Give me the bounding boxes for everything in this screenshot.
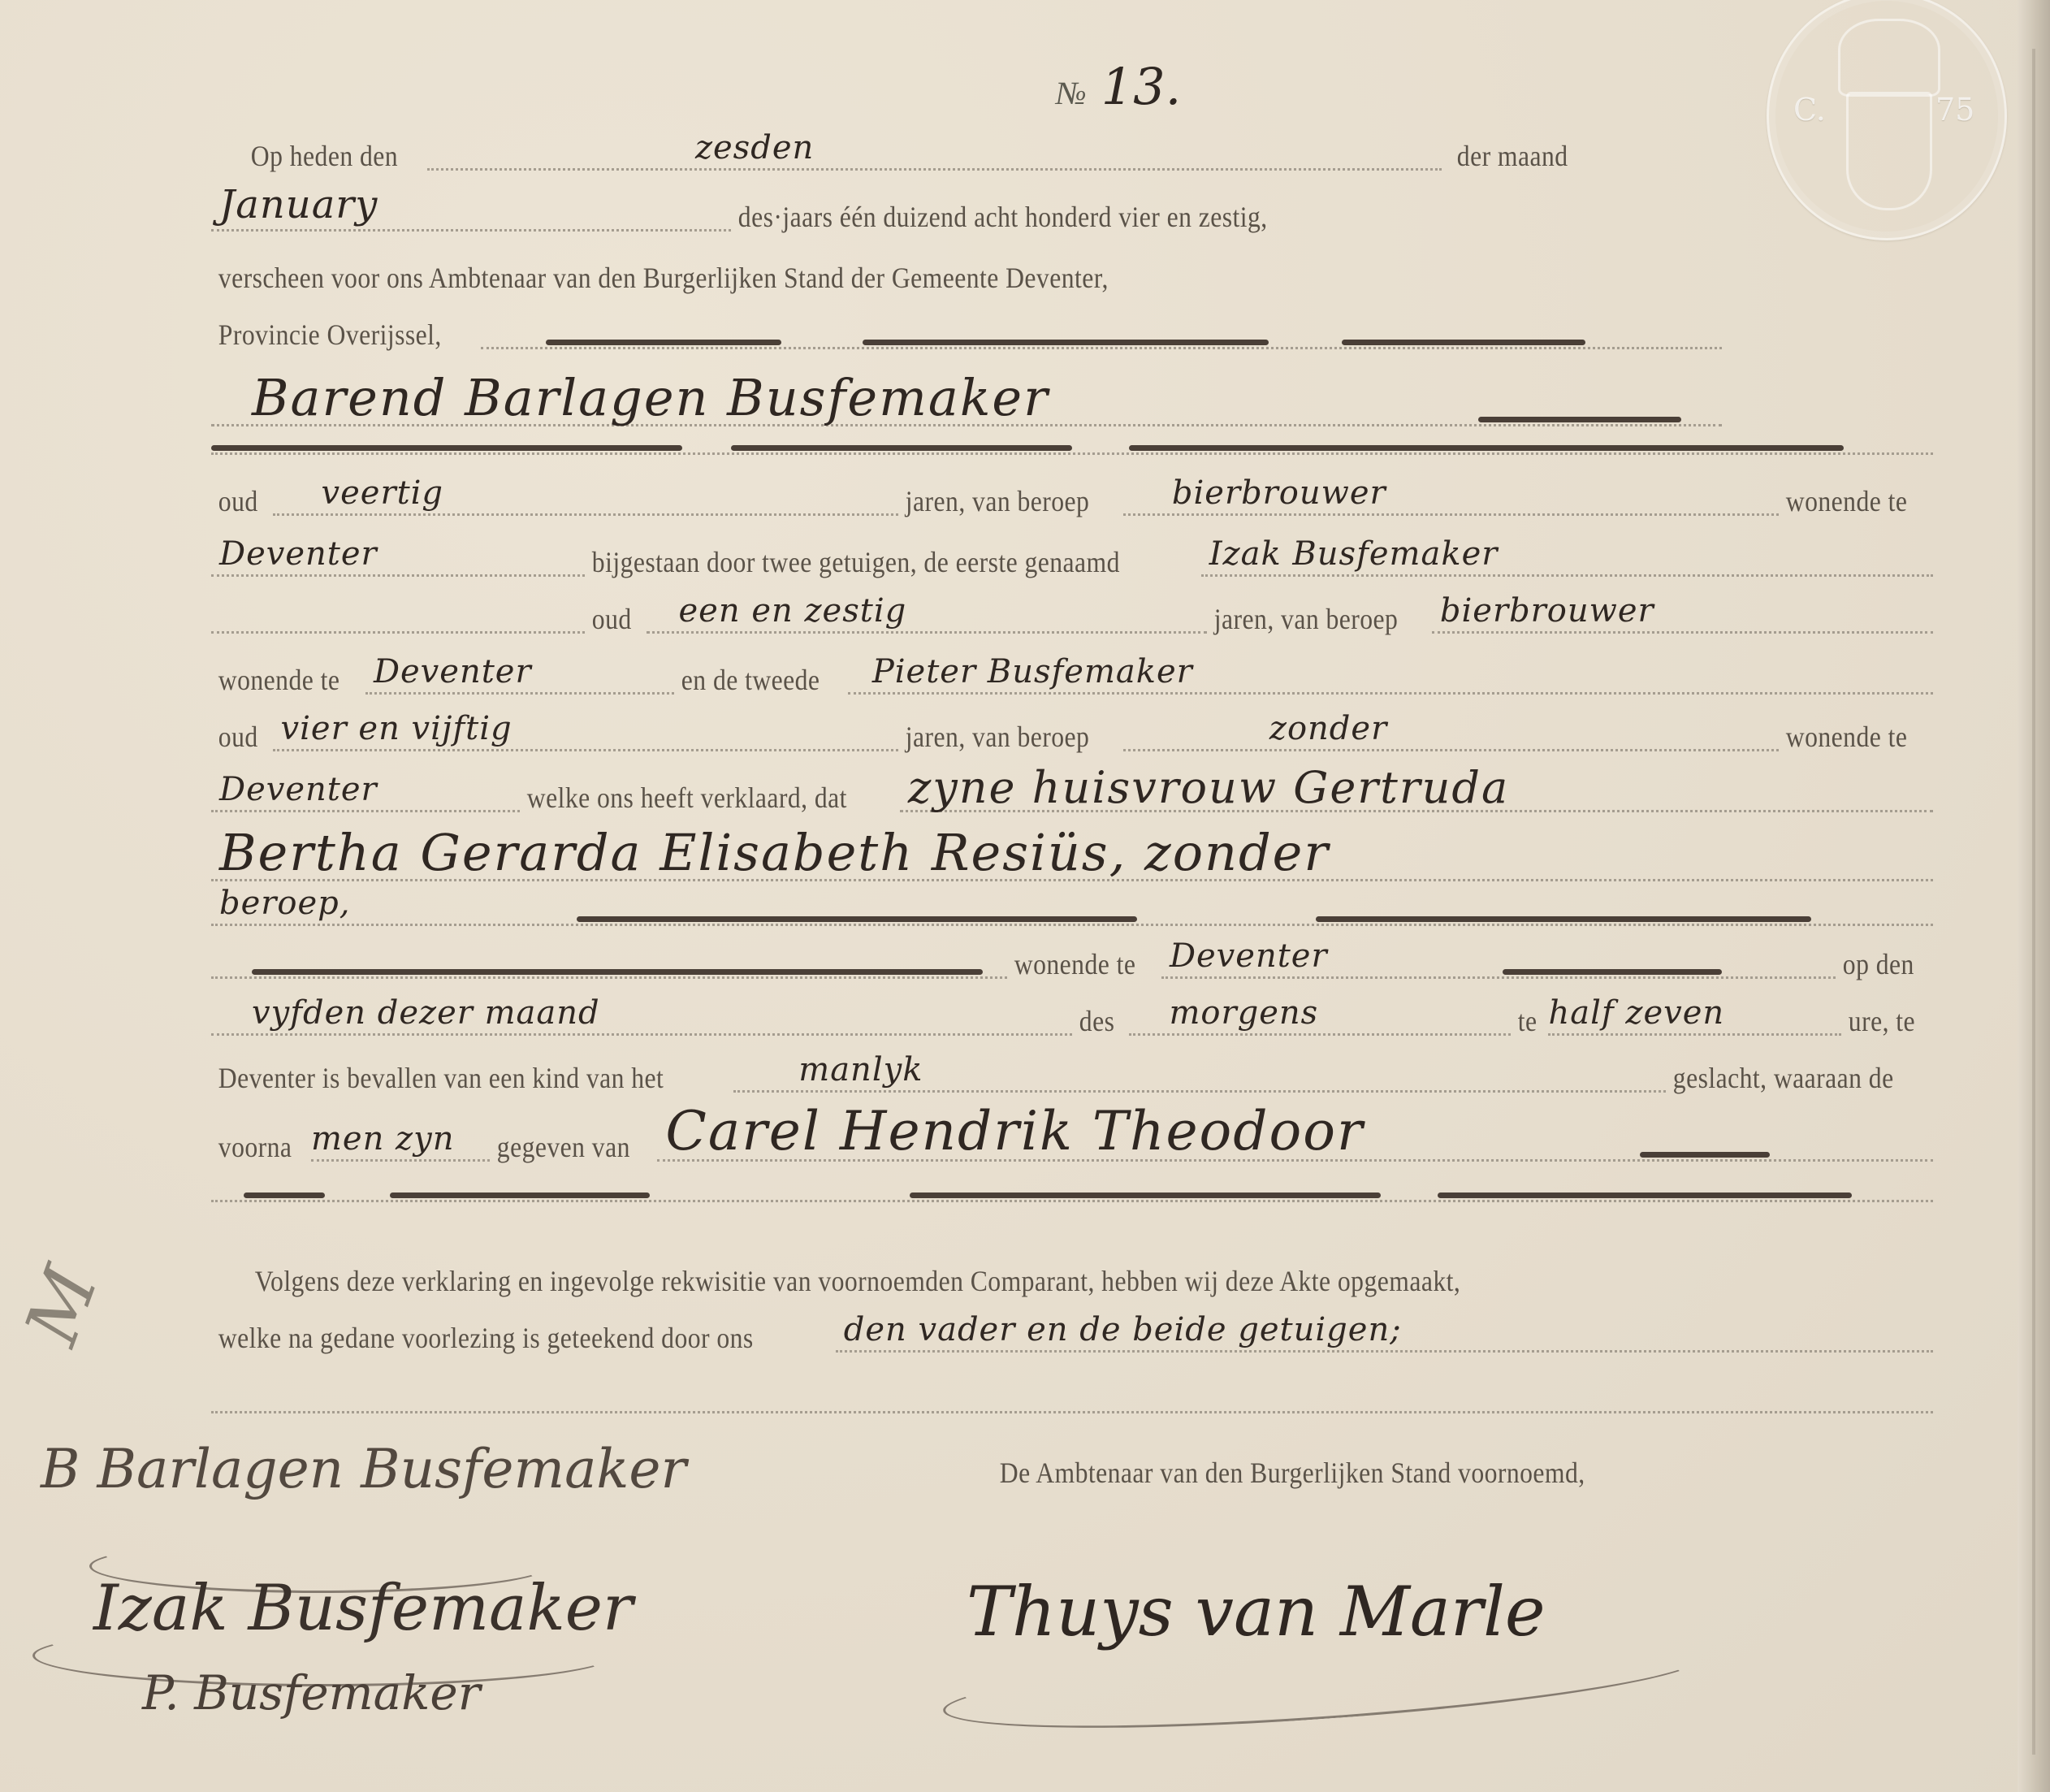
printed-text: Deventer is bevallen van een kind van he… (211, 1063, 671, 1093)
strike-dash (244, 1193, 325, 1198)
strike-dash (252, 969, 983, 975)
signature-official: Thuys van Marle (967, 1572, 1546, 1651)
line-witness1-age: oud een en zestig jaren, van beroep bier… (211, 585, 1933, 634)
printed-text: des·jaars één duizend acht honderd vier … (731, 202, 1274, 232)
signature-father: B Barlagen Busfemaker (41, 1438, 686, 1500)
field-hour: half zeven (1548, 991, 1840, 1036)
strike-dash (390, 1193, 650, 1198)
printed-text: ure, te (1841, 1006, 1922, 1036)
line-blank (211, 1154, 1933, 1202)
strike-dash (211, 445, 682, 451)
line-witness2-age: oud vier en vijftig jaren, van beroep zo… (211, 703, 1933, 751)
line-date-month-year: January des·jaars één duizend acht honde… (211, 183, 1559, 232)
printed-text: wonende te (1007, 950, 1143, 979)
field-day: zesden (427, 126, 1442, 171)
printed-text: oud (211, 722, 265, 751)
closing-line-1: Volgens deze verklaring en ingevolge rek… (248, 1247, 1970, 1296)
closing-line-2: welke na gedane voorlezing is geteekend … (211, 1304, 1933, 1353)
field-blank (211, 934, 1007, 979)
handwritten-mother-residence: Deventer (1170, 937, 1328, 975)
line-birth-sex: Deventer is bevallen van een kind van he… (211, 1044, 1933, 1093)
handwritten-mother-occupation: beroep, (219, 885, 350, 922)
printed-text: geslacht, waaraan de (1666, 1063, 1901, 1093)
printed-text: jaren, van beroep (1207, 604, 1405, 634)
printed-text: bijgestaan door twee getuigen, de eerste… (585, 548, 1127, 577)
field-birth-day: vyfden dezer maand (211, 991, 1072, 1036)
handwritten-witness1-age: een en zestig (679, 592, 907, 630)
field-father-residence: Deventer (211, 532, 585, 577)
printed-text: wonende te (1779, 722, 1914, 751)
strike-dash (863, 340, 1269, 345)
handwritten-father-age: veertig (322, 474, 444, 512)
line-blank (211, 1365, 1933, 1413)
line-province: Provincie Overijssel, (211, 301, 1722, 349)
line-second-witness: wonende te Deventer en de tweede Pieter … (211, 646, 1933, 695)
printed-text: Op heden den (244, 141, 405, 171)
strike-dash (910, 1193, 1381, 1198)
seal-right-text: 75 (1935, 92, 1974, 128)
crown-icon (1838, 19, 1940, 97)
handwritten-witness1-residence: Deventer (374, 653, 532, 690)
line-blank (211, 406, 1933, 455)
handwritten-hour: half zeven (1548, 994, 1724, 1032)
handwritten-father-residence: Deventer (219, 535, 378, 573)
strike-dash (731, 445, 1072, 451)
printed-text: te (1511, 1006, 1544, 1036)
handwritten-child-sex: manlyk (798, 1051, 923, 1089)
handwritten-father-occupation: bierbrouwer (1172, 474, 1386, 512)
number-sign: № (1056, 74, 1087, 112)
handwritten-witness1-name: Izak Busfemaker (1209, 535, 1499, 573)
field-witness2-name: Pieter Busfemaker (848, 650, 1933, 695)
printed-text: oud (211, 487, 265, 516)
printed-text: wonende te (211, 665, 347, 695)
strike-dash (1316, 916, 1811, 922)
field-father-age: veertig (273, 471, 898, 516)
line-date-day: Op heden den zesden der maand (244, 122, 1592, 171)
handwritten-daypart: morgens (1170, 994, 1319, 1032)
line-father-age: oud veertig jaren, van beroep bierbrouwe… (211, 467, 1933, 516)
field-mother-residence: Deventer (1161, 934, 1836, 979)
field-blank (481, 305, 1722, 349)
printed-text: oud (585, 604, 638, 634)
handwritten-mother-intro: zyne huisvrouw Gertruda (908, 762, 1509, 813)
line-residence: wonende te Deventer op den (211, 930, 1933, 979)
handwritten-birth-day: vyfden dezer maand (252, 994, 600, 1032)
line-mother-occupation: beroep, (211, 877, 1933, 926)
printed-text: verscheen voor ons Ambtenaar van den Bur… (211, 263, 1116, 292)
line-first-witness: Deventer bijgestaan door twee getuigen, … (211, 528, 1933, 577)
seal-left-text: C. (1793, 92, 1826, 128)
field-witness2-age: vier en vijftig (273, 707, 898, 751)
record-number-value: 13. (1101, 57, 1182, 116)
handwritten-witness2-occupation: zonder (1269, 710, 1387, 747)
handwritten-name-suffix: men zyn (311, 1120, 455, 1158)
printed-text: Volgens deze verklaring en ingevolge rek… (248, 1266, 1468, 1296)
handwritten-month: January (219, 182, 378, 227)
printed-text: der maand (1450, 141, 1575, 171)
printed-text: jaren, van beroep (898, 722, 1096, 751)
book-binding (2018, 0, 2050, 1792)
signature-witness2: P. Busfemaker (142, 1665, 480, 1721)
field-child-name: Carel Hendrik Theodoor (657, 1098, 1933, 1162)
field-witness1-occupation: bierbrouwer (1432, 589, 1933, 634)
field-blank (211, 1158, 1933, 1202)
field-child-sex: manlyk (733, 1048, 1666, 1093)
field-mother-occupation: beroep, (211, 881, 1933, 926)
official-label: De Ambtenaar van den Burgerlijken Stand … (993, 1458, 1592, 1487)
field-witness2-occupation: zonder (1123, 707, 1779, 751)
strike-dash (546, 340, 781, 345)
field-daypart: morgens (1129, 991, 1511, 1036)
shield-icon (1846, 92, 1932, 210)
field-blank (211, 589, 585, 634)
strike-dash (1438, 1193, 1852, 1198)
binding-edge (2032, 49, 2035, 1755)
field-blank (211, 410, 1933, 455)
field-mother-intro: zyne huisvrouw Gertruda (900, 768, 1933, 812)
line-birth-time: vyfden dezer maand des morgens te half z… (211, 987, 1933, 1036)
field-signatories: den vader en de beide getuigen; (836, 1308, 1933, 1353)
handwritten-witness2-age: vier en vijftig (281, 710, 512, 747)
handwritten-witness1-occupation: bierbrouwer (1440, 592, 1654, 630)
line-appeared: verscheen voor ons Ambtenaar van den Bur… (211, 244, 1933, 292)
printed-text: welke na gedane voorlezing is geteekend … (211, 1323, 761, 1353)
line-child-name: voorna men zyn gegeven van Carel Hendrik… (211, 1101, 1933, 1162)
printed-text: op den (1836, 950, 1922, 979)
field-witness2-residence: Deventer (211, 768, 520, 812)
field-month: January (211, 187, 731, 232)
field-mother-name: Bertha Gerarda Elisabeth Resiüs, zonder (211, 822, 1933, 881)
line-declaration: Deventer welke ons heeft verklaard, dat … (211, 764, 1933, 812)
field-witness1-name: Izak Busfemaker (1201, 532, 1933, 577)
handwritten-signatories: den vader en de beide getuigen; (844, 1311, 1402, 1348)
embossed-seal-icon: C. 75 (1767, 0, 2007, 240)
field-witness1-age: een en zestig (647, 589, 1207, 634)
line-mother-name: Bertha Gerarda Elisabeth Resiüs, zonder (211, 825, 1933, 881)
printed-text: en de tweede (674, 665, 827, 695)
handwritten-witness2-residence: Deventer (219, 771, 378, 808)
handwritten-mother-name: Bertha Gerarda Elisabeth Resiüs, zonder (219, 823, 1330, 882)
field-witness1-residence: Deventer (365, 650, 674, 695)
strike-dash (577, 916, 1137, 922)
printed-text: jaren, van beroep (898, 487, 1096, 516)
strike-dash (1342, 340, 1585, 345)
margin-initial: M (9, 1256, 115, 1356)
record-number: № 13. (1056, 57, 1181, 116)
field-father-occupation: bierbrouwer (1123, 471, 1779, 516)
strike-dash (1129, 445, 1844, 451)
field-blank (211, 1369, 1933, 1413)
printed-text: welke ons heeft verklaard, dat (520, 783, 854, 812)
strike-dash (1503, 969, 1722, 975)
handwritten-witness2-name: Pieter Busfemaker (872, 653, 1193, 690)
handwritten-day: zesden (695, 129, 814, 167)
document-page: C. 75 № 13. Op heden den zesden der maan… (0, 0, 2050, 1792)
printed-text: Provincie Overijssel, (211, 320, 449, 349)
printed-text: wonende te (1779, 487, 1914, 516)
printed-text: des (1072, 1006, 1122, 1036)
